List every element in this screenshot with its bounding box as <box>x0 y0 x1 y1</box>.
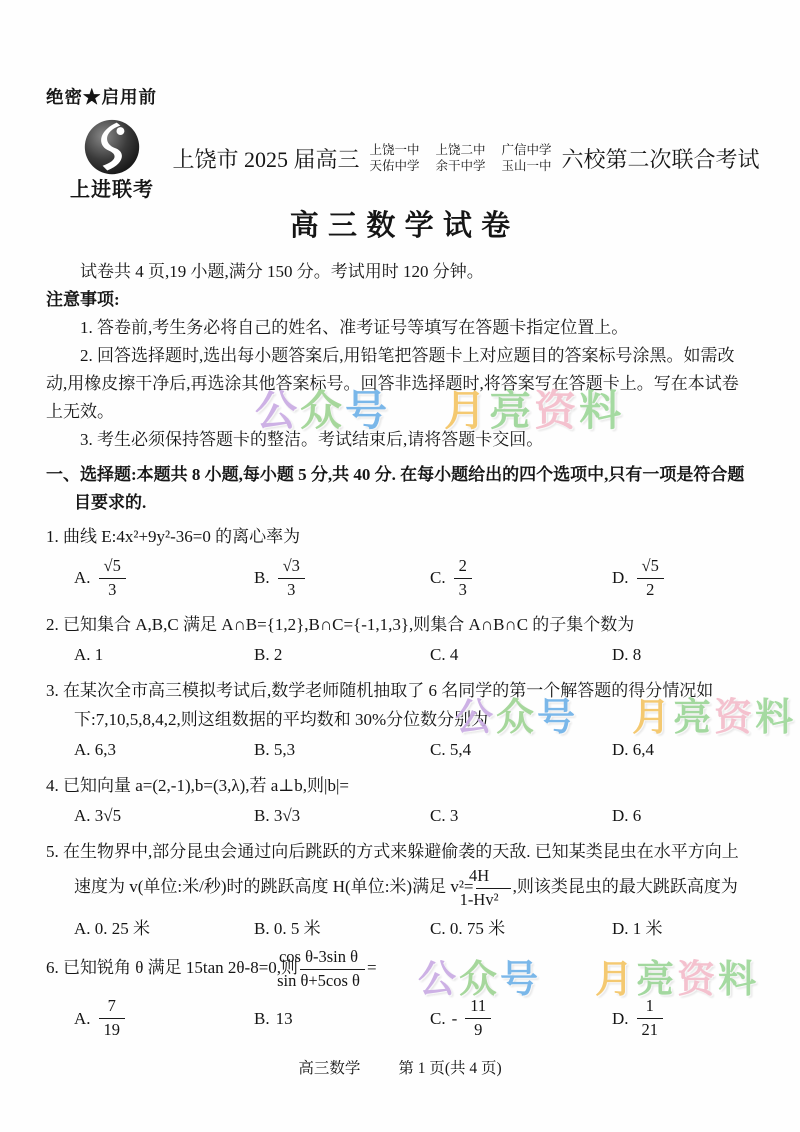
option-label: B. <box>254 568 270 588</box>
school-name: 上饶一中 <box>369 143 419 157</box>
fraction-numerator: √5 <box>637 556 664 578</box>
option-6d: D. 121 <box>612 996 754 1040</box>
fraction: √53 <box>99 556 126 600</box>
option-label: D. <box>612 1009 629 1029</box>
exam-title-prefix: 上饶市 2025 届高三 <box>172 143 359 174</box>
option-2b: B. 2 <box>254 645 430 665</box>
option-1a: A. √53 <box>74 556 254 600</box>
fraction: 4H1-Hv² <box>476 866 511 910</box>
note-item-2: 2. 回答选择题时,选出每小题答案后,用铅笔把答题卡上对应题目的答案标号涂黑。如… <box>46 342 754 426</box>
question-2-stem: 2. 已知集合 A,B,C 满足 A∩B={1,2},B∩C={-1,1,3},… <box>46 610 754 639</box>
fraction-denominator: 19 <box>99 1018 126 1041</box>
intro-text: 试卷共 4 页,19 小题,满分 150 分。考试用时 120 分钟。 <box>46 258 754 286</box>
fraction-denominator: sin θ+5cos θ <box>300 969 365 992</box>
fraction: 23 <box>454 556 472 600</box>
option-2a: A. 1 <box>74 645 254 665</box>
question-3-stem: 3. 在某次全市高三模拟考试后,数学老师随机抽取了 6 名同学的第一个解答题的得… <box>46 676 754 734</box>
option-label: C. <box>430 1009 446 1029</box>
fraction: 119 <box>465 996 491 1040</box>
option-3a: A. 6,3 <box>74 740 254 760</box>
fraction: √33 <box>278 556 305 600</box>
fraction-denominator: 3 <box>99 578 126 601</box>
option-1c: C. 23 <box>430 556 612 600</box>
school-name: 广信中学 <box>502 143 552 157</box>
school-name: 天佑中学 <box>369 159 419 173</box>
option-6b: B. 13 <box>254 1009 430 1029</box>
question-6-text-pre: 6. 已知锐角 θ 满足 15tan 2θ-8=0,则 <box>46 958 298 977</box>
question-4-options: A. 3√5 B. 3√3 C. 3 D. 6 <box>74 800 754 832</box>
exam-logo: 上进联考 <box>52 117 172 202</box>
page-footer: 高三数学 第 1 页(共 4 页) <box>0 1056 800 1078</box>
note-item-3: 3. 考生必须保持答题卡的整洁。考试结束后,请将答题卡交回。 <box>46 426 754 454</box>
question-4-stem: 4. 已知向量 a=(2,-1),b=(3,λ),若 a⊥b,则|b|= <box>46 771 754 800</box>
option-6c: C. - 119 <box>430 996 612 1040</box>
fraction-denominator: 21 <box>637 1018 664 1041</box>
section-1-heading: 一、选择题:本题共 8 小题,每小题 5 分,共 40 分. 在每小题给出的四个… <box>46 461 754 517</box>
option-1d: D. √52 <box>612 556 754 600</box>
option-2d: D. 8 <box>612 645 754 665</box>
question-1-stem: 1. 曲线 E:4x²+9y²-36=0 的离心率为 <box>46 522 754 551</box>
footer-subject: 高三数学 <box>298 1056 360 1078</box>
option-3b: B. 5,3 <box>254 740 430 760</box>
fraction-denominator: 3 <box>278 578 305 601</box>
option-label: D. <box>612 568 629 588</box>
fraction-numerator: 2 <box>454 556 472 578</box>
option-label: A. <box>74 568 91 588</box>
option-1b: B. √33 <box>254 556 430 600</box>
page-title: 高三数学试卷 <box>46 203 754 244</box>
exam-page: 绝密★启用前 上进联考 上 <box>0 0 800 1132</box>
fraction-numerator: 1 <box>637 996 664 1018</box>
school-name: 玉山一中 <box>502 159 552 173</box>
option-6a: A. 719 <box>74 996 254 1040</box>
option-5b: B. 0. 5 米 <box>254 914 430 939</box>
option-5d: D. 1 米 <box>612 914 754 939</box>
question-6-stem: 6. 已知锐角 θ 满足 15tan 2θ-8=0,则cos θ-3sin θs… <box>46 947 754 991</box>
fraction-denominator: 3 <box>454 578 472 601</box>
option-5c: C. 0. 75 米 <box>430 914 612 939</box>
option-4a: A. 3√5 <box>74 806 254 826</box>
fraction-denominator: 2 <box>637 578 664 601</box>
exam-header: 上进联考 上饶市 2025 届高三 上饶一中 上饶二中 广信中学 天佑中学 余干… <box>46 117 754 199</box>
fraction-numerator: √3 <box>278 556 305 578</box>
option-3c: C. 5,4 <box>430 740 612 760</box>
school-name: 上饶二中 <box>436 143 486 157</box>
logo-icon <box>82 117 142 177</box>
question-6-text-post: = <box>367 958 377 977</box>
question-5-stem: 5. 在生物界中,部分昆虫会通过向后跳跃的方式来躲避偷袭的天敌. 已知某类昆虫在… <box>46 837 754 910</box>
option-4c: C. 3 <box>430 806 612 826</box>
school-name: 余干中学 <box>436 159 486 173</box>
option-4b: B. 3√3 <box>254 806 430 826</box>
fraction-numerator: 7 <box>99 996 126 1018</box>
option-5a: A. 0. 25 米 <box>74 914 254 939</box>
question-1-options: A. √53 B. √33 C. 23 D. √52 <box>74 551 754 605</box>
option-label: A. <box>74 1009 91 1029</box>
schools-row-1: 上饶一中 上饶二中 广信中学 <box>369 143 551 157</box>
footer-page-number: 第 1 页(共 4 页) <box>398 1056 501 1078</box>
fraction-numerator: 11 <box>465 996 491 1018</box>
question-2-options: A. 1 B. 2 C. 4 D. 8 <box>74 639 754 671</box>
question-3-options: A. 6,3 B. 5,3 C. 5,4 D. 6,4 <box>74 734 754 766</box>
fraction-numerator: √5 <box>99 556 126 578</box>
classified-label: 绝密★启用前 <box>46 84 754 109</box>
fraction: 121 <box>637 996 664 1040</box>
question-5-text-post: ,则该类昆虫的最大跳跃高度为 <box>513 877 738 896</box>
schools-grid: 上饶一中 上饶二中 广信中学 天佑中学 余干中学 玉山一中 <box>369 143 551 174</box>
fraction-numerator: 4H <box>476 866 511 888</box>
option-3d: D. 6,4 <box>612 740 754 760</box>
option-4d: D. 6 <box>612 806 754 826</box>
fraction-denominator: 9 <box>465 1018 491 1041</box>
note-item-1: 1. 答卷前,考生务必将自己的姓名、准考证号等填写在答题卡指定位置上。 <box>46 314 754 342</box>
fraction-denominator: 1-Hv² <box>476 888 511 911</box>
fraction: √52 <box>637 556 664 600</box>
fraction-numerator: cos θ-3sin θ <box>300 947 365 969</box>
question-6-options: A. 719 B. 13 C. - 119 D. 121 <box>74 992 754 1046</box>
exam-title-suffix: 六校第二次联合考试 <box>562 143 760 174</box>
question-5-options: A. 0. 25 米 B. 0. 5 米 C. 0. 75 米 D. 1 米 <box>74 910 754 942</box>
option-2c: C. 4 <box>430 645 612 665</box>
notes-heading: 注意事项: <box>46 286 754 314</box>
fraction: cos θ-3sin θsin θ+5cos θ <box>300 947 365 991</box>
option-sign: - <box>452 1009 458 1029</box>
logo-label: 上进联考 <box>52 173 172 202</box>
schools-row-2: 天佑中学 余干中学 玉山一中 <box>369 159 551 173</box>
fraction: 719 <box>99 996 126 1040</box>
option-label: C. <box>430 568 446 588</box>
option-label: B. <box>254 1009 270 1029</box>
option-value: 13 <box>276 1009 293 1029</box>
